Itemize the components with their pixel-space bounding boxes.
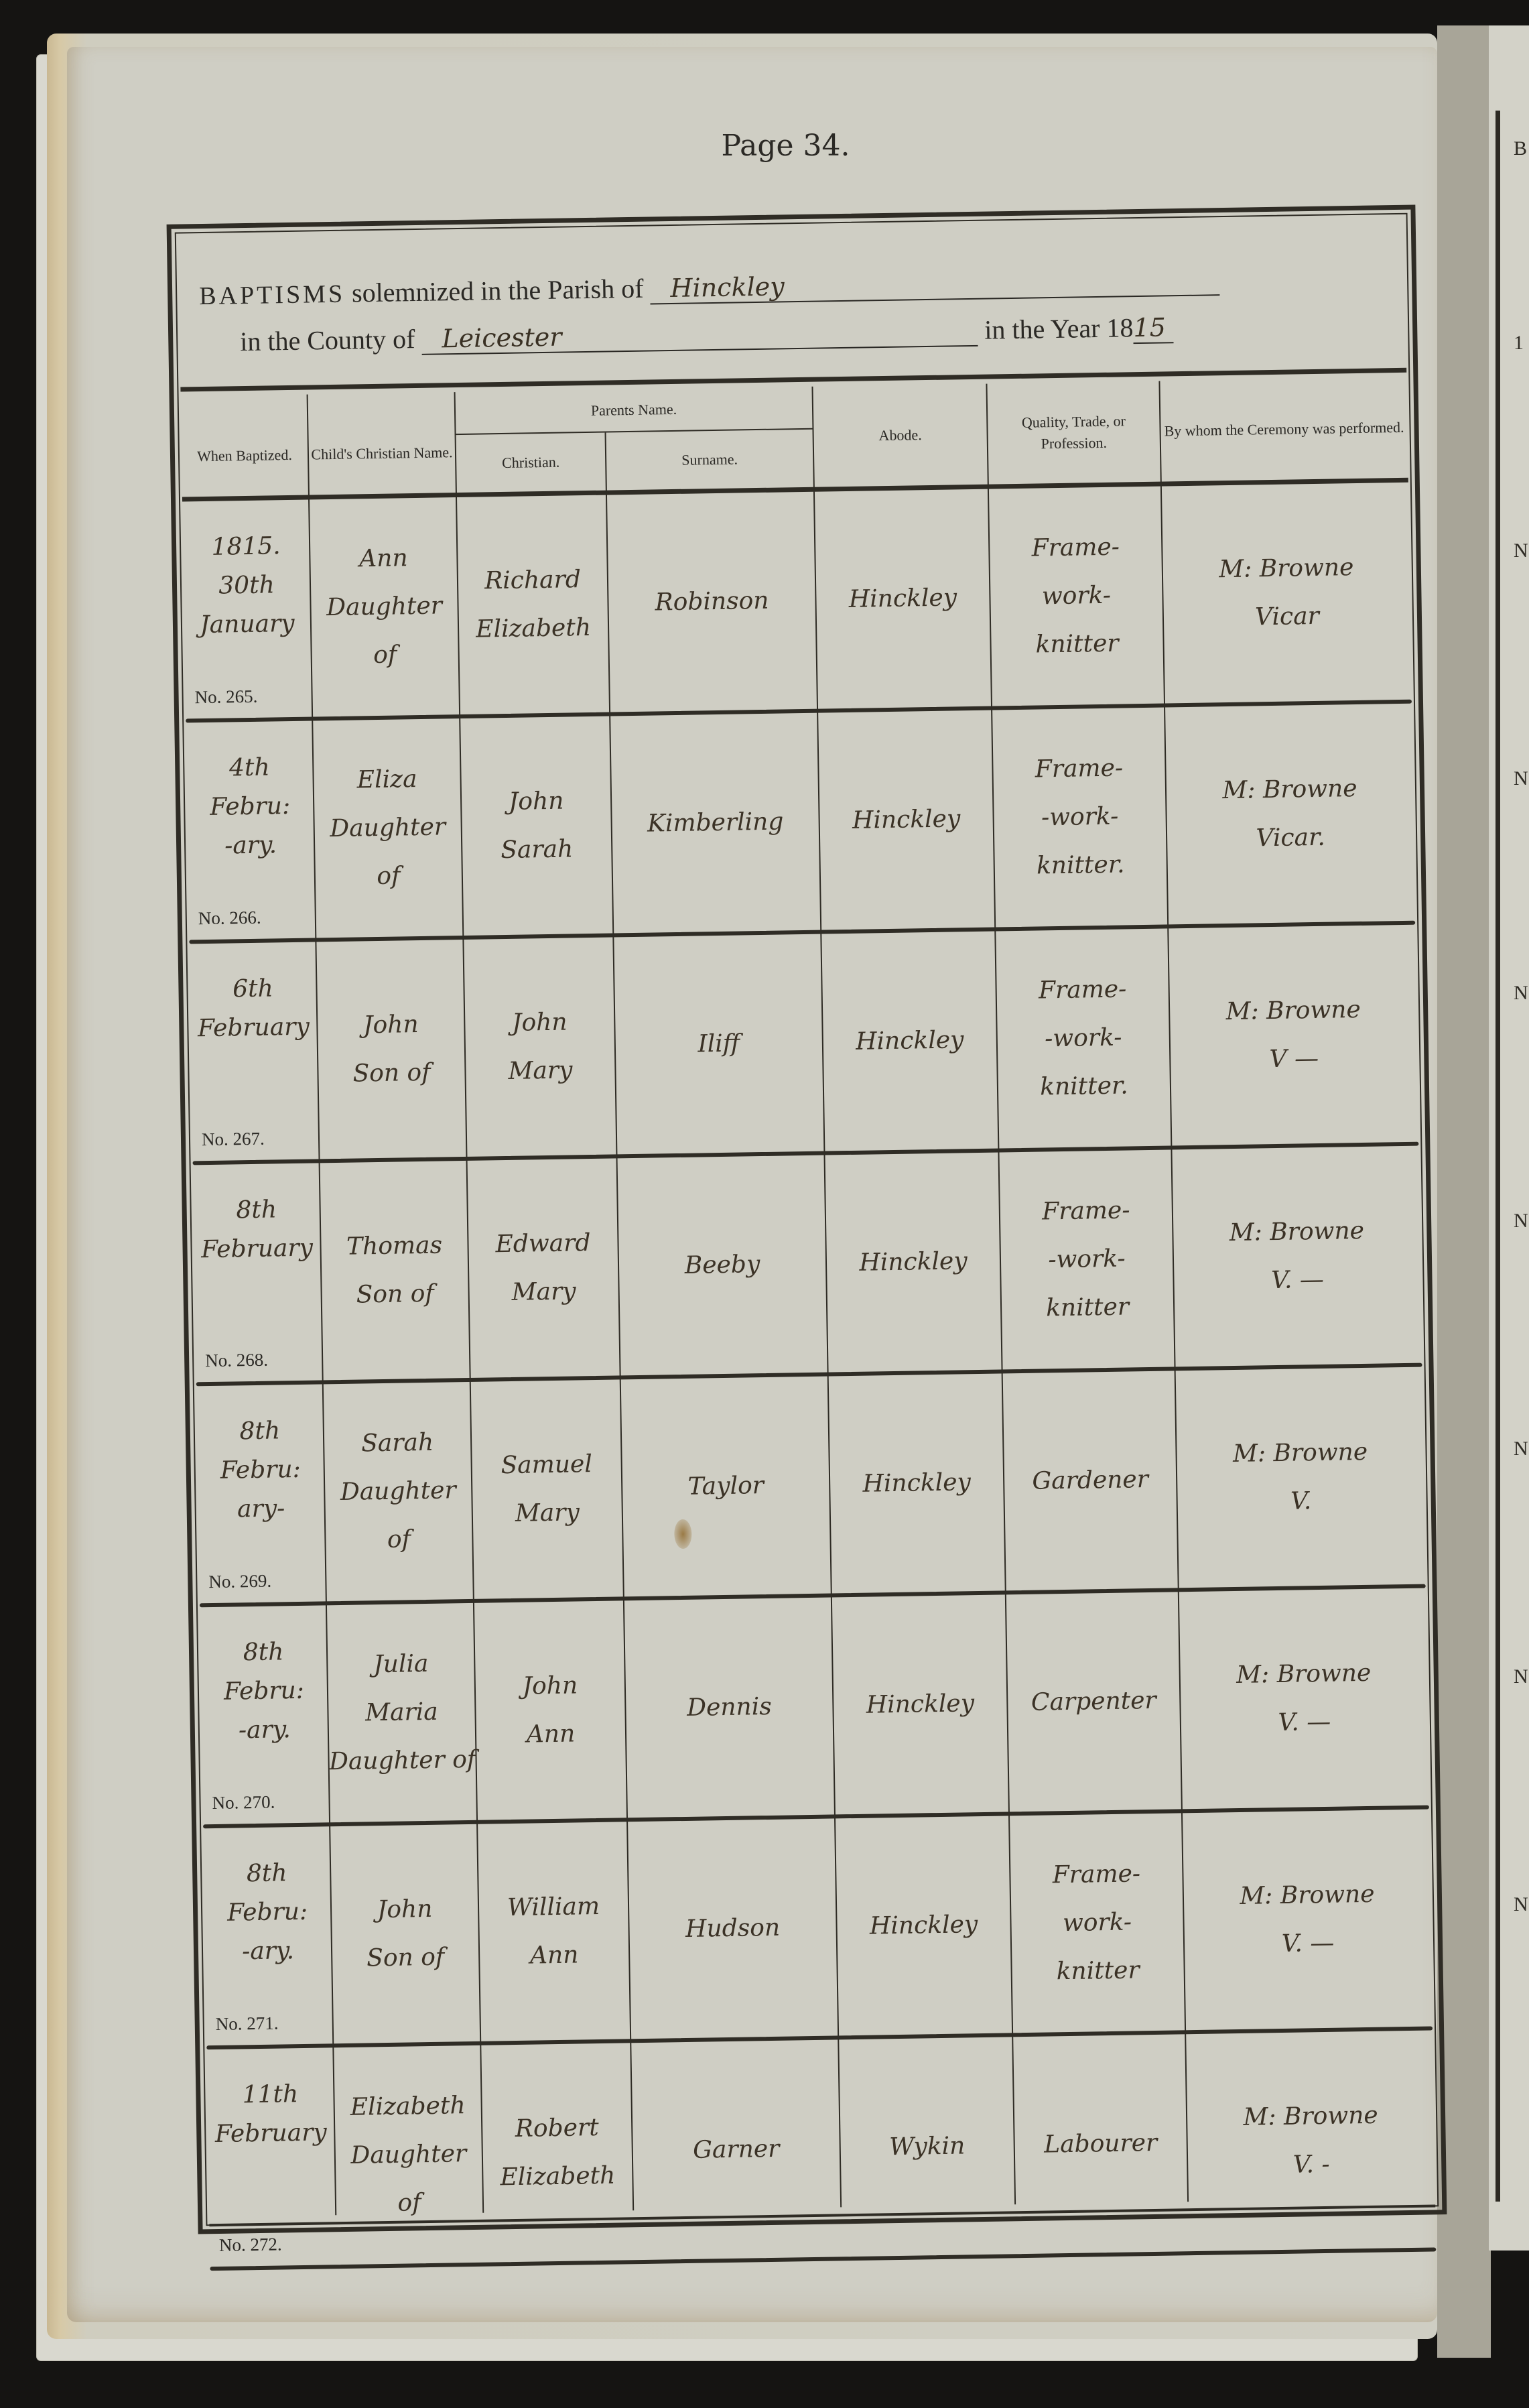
cell-child-name: AnnDaughterof [310, 497, 459, 716]
facing-page-stub: N [1514, 540, 1528, 562]
cell-officiant: M: BrowneV. — [1179, 1588, 1429, 1810]
table-row: 6thFebruary No. 267. JohnSon of JohnMary… [189, 925, 1418, 1165]
entry-number: No. 266. [198, 907, 261, 929]
cell-child-name: JohnSon of [316, 940, 466, 1159]
entry-number: No. 265. [194, 686, 257, 708]
cell-parents-christian: JohnSarah [460, 716, 612, 936]
cell-quality: Gardener [1003, 1371, 1178, 1590]
cell-abode: Hinckley [821, 932, 998, 1151]
cell-child-name: JohnSon of [330, 1824, 480, 2043]
baptism-table: When Baptized. Child's Christian Name. P… [181, 377, 1435, 2217]
parish-field: Hinckley [650, 265, 1220, 304]
page-number: Page 34. [0, 129, 1529, 163]
column-header-abode: Abode. [813, 384, 987, 487]
cell-child-name: SarahDaughterof [324, 1382, 473, 1601]
facing-page-stub: N [1514, 1665, 1528, 1688]
entry-number: No. 269. [208, 1571, 271, 1592]
table-row: 8thFebru:-ary. No. 270. JuliaMariaDaught… [200, 1588, 1429, 1829]
cell-surname: Dennis [624, 1598, 834, 1818]
baptism-register-frame: BAPTISMS solemnized in the Parish of Hin… [167, 205, 1447, 2234]
cell-surname: Robinson [607, 492, 817, 712]
column-header-when: When Baptized. [181, 395, 308, 497]
facing-page-stub: N [1514, 1210, 1528, 1232]
cell-child-name: ElizabethDaughterof [334, 2045, 483, 2265]
cell-surname: Beeby [618, 1155, 827, 1376]
cell-officiant: M: BrowneV. — [1183, 1810, 1433, 2031]
cell-officiant: M: BrowneVicar. [1165, 704, 1415, 925]
heading-line-county: in the County of Leicester in the Year 1… [240, 311, 1174, 358]
cell-child-name: ElizaDaughterof [313, 718, 462, 938]
table-row: 8thFebruary No. 268. ThomasSon of Edward… [193, 1146, 1422, 1387]
cell-abode: Hinckley [829, 1373, 1005, 1593]
entry-number: No. 272. [219, 2234, 282, 2255]
cell-quality: Frame-work-knitter [1010, 1813, 1185, 2033]
facing-page-stub: N [1514, 1893, 1528, 1916]
cell-quality: Frame--work-knitter [999, 1149, 1174, 1369]
heading-text-county: in the County of [240, 324, 415, 357]
cell-abode: Hinckley [832, 1594, 1008, 1814]
entry-number: No. 268. [205, 1350, 268, 1371]
cell-abode: Hinckley [818, 710, 994, 930]
heading-line-parish: BAPTISMS solemnized in the Parish of Hin… [199, 263, 1220, 312]
cell-quality: Carpenter [1006, 1592, 1181, 1812]
cell-parents-christian: JohnMary [464, 937, 616, 1156]
heading-text-parish: solemnized in the Parish of [352, 273, 644, 308]
facing-page-stub: 1 [1514, 332, 1524, 355]
column-header-by-whom: By whom the Ceremony was performed. [1160, 377, 1408, 482]
facing-page-frame: B 1 N N N N N N N [1495, 111, 1529, 2202]
cell-surname: Kimberling [610, 713, 820, 934]
cell-abode: Hinckley [836, 1816, 1012, 2035]
column-header-christian: Christian. [456, 433, 606, 493]
cell-quality: Frame--work-knitter. [996, 928, 1171, 1148]
facing-page-stub: N [1514, 1438, 1528, 1460]
cell-surname: Hudson [628, 1818, 838, 2039]
table-row: 1815.30thJanuary No. 265. AnnDaughterof … [182, 483, 1412, 723]
table-row: 8thFebru:-ary. No. 271. JohnSon of Willi… [203, 1810, 1433, 2050]
cell-parents-christian: SamuelMary [471, 1379, 623, 1598]
cell-quality: Frame-work-knitter [989, 487, 1164, 706]
cell-officiant: M: BrowneV. — [1172, 1146, 1422, 1367]
heading-caps: BAPTISMS [199, 280, 345, 310]
register-heading: BAPTISMS solemnized in the Parish of Hin… [198, 229, 1396, 381]
table-row: 8thFebru:ary- No. 269. SarahDaughterof S… [196, 1367, 1426, 1608]
entry-number: No. 267. [202, 1129, 265, 1150]
column-header-quality: Quality, Trade, or Profession. [987, 381, 1160, 485]
cell-abode: Hinckley [815, 489, 991, 709]
cell-abode: Hinckley [825, 1153, 1001, 1373]
column-header-child: Child's Christian Name. [308, 392, 456, 495]
heading-text-year: in the Year 18 [984, 312, 1134, 344]
cell-officiant: M: BrowneVicar [1162, 483, 1412, 704]
entry-number: No. 271. [216, 2013, 279, 2035]
cell-child-name: JuliaMariaDaughter of [327, 1603, 476, 1822]
column-header-parents: Parents Name. [456, 387, 813, 434]
entry-number: No. 270. [212, 1792, 275, 1814]
cell-parents-christian: RobertElizabeth [481, 2043, 633, 2262]
cell-surname: Taylor [621, 1377, 831, 1597]
scanned-register-page: B 1 N N N N N N N Page 34. BAPTISMS sole… [0, 0, 1529, 2408]
book-gutter [1437, 25, 1491, 2358]
cell-abode: Wykin [839, 2037, 1015, 2257]
county-field: Leicester [421, 316, 978, 355]
column-header-surname: Surname. [606, 430, 813, 491]
cell-parents-christian: EdwardMary [468, 1158, 620, 1377]
cell-surname: Iliff [614, 934, 823, 1155]
cell-officiant: M: BrowneV. - [1186, 2030, 1436, 2251]
cell-parents-christian: WilliamAnn [478, 1822, 630, 2041]
facing-page-stub: N [1514, 982, 1528, 1005]
facing-page-stub: N [1514, 767, 1528, 790]
cell-parents-christian: JohnAnn [474, 1600, 626, 1820]
cell-quality: Labourer [1013, 2034, 1188, 2254]
cell-officiant: M: BrowneV. [1176, 1367, 1426, 1588]
table-row: 4thFebru:-ary. No. 266. ElizaDaughterof … [186, 704, 1415, 944]
year-field: 15 [1133, 312, 1174, 344]
cell-child-name: ThomasSon of [320, 1161, 470, 1380]
cell-surname: Garner [631, 2039, 841, 2260]
cell-parents-christian: RichardElizabeth [457, 495, 609, 714]
cell-officiant: M: BrowneV — [1169, 925, 1418, 1146]
cell-quality: Frame--work-knitter. [992, 708, 1167, 928]
ink-stain [674, 1519, 692, 1549]
table-row: 11thFebruary No. 272. ElizabethDaughtero… [206, 2030, 1436, 2271]
